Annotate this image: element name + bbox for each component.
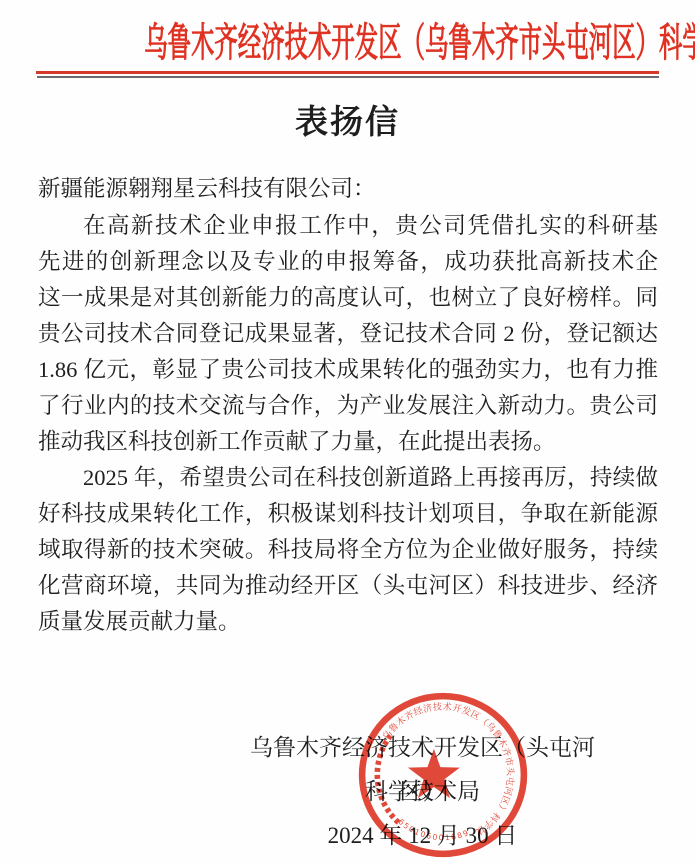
- body-line: 质量发展贡献力量。: [38, 604, 658, 640]
- body-line: 在高新技术企业申报工作中，贵公司凭借扎实的科研基础、: [38, 208, 658, 244]
- body-line: 贵公司技术合同登记成果显著，登记技术合同 2 份，登记额达: [38, 316, 658, 352]
- body-paragraph: 在高新技术企业申报工作中，贵公司凭借扎实的科研基础、先进的创新理念以及专业的申报…: [38, 208, 658, 460]
- letter-body: 新疆能源翱翔星云科技有限公司： 在高新技术企业申报工作中，贵公司凭借扎实的科研基…: [38, 170, 658, 640]
- letterhead-rule-red: [36, 71, 659, 74]
- letter-body-paragraphs: 在高新技术企业申报工作中，贵公司凭借扎实的科研基础、先进的创新理念以及专业的申报…: [38, 208, 658, 640]
- body-line: 好科技成果转化工作，积极谋划科技计划项目，争取在新能源领: [38, 496, 658, 532]
- body-line: 先进的创新理念以及专业的申报筹备，成功获批高新技术企业。: [38, 244, 658, 280]
- letter-title: 表扬信: [0, 96, 695, 143]
- seal-star-icon: [408, 749, 460, 798]
- body-line: 域取得新的技术突破。科技局将全方位为企业做好服务，持续优: [38, 532, 658, 568]
- body-line: 了行业内的技术交流与合作，为产业发展注入新动力。贵公司为: [38, 388, 658, 424]
- body-line: 这一成果是对其创新能力的高度认可，也树立了良好榜样。同时，: [38, 280, 658, 316]
- body-paragraph: 2025 年，希望贵公司在科技创新道路上再接再厉，持续做好科技成果转化工作，积极…: [38, 460, 658, 640]
- body-line: 化营商环境，共同为推动经开区（头屯河区）科技进步、经济高: [38, 568, 658, 604]
- letter-page: 乌鲁木齐经济技术开发区（乌鲁木齐市头屯河区）科学技术局 表扬信 新疆能源翱翔星云…: [0, 0, 695, 866]
- body-line: 1.86 亿元，彰显了贵公司技术成果转化的强劲实力，也有力推动: [38, 352, 658, 388]
- body-line: 推动我区科技创新工作贡献了力量，在此提出表扬。: [38, 424, 658, 460]
- seal-uyghur-script-band: [377, 736, 398, 823]
- seal-code: 650106001689: [397, 817, 471, 842]
- official-seal: 乌鲁木齐经济技术开发区（乌鲁木齐市头屯河区）科学技术局 650106001689: [354, 687, 532, 861]
- letterhead-rule-gray: [37, 76, 659, 78]
- letterhead-title: 乌鲁木齐经济技术开发区（乌鲁木齐市头屯河区）科学技术局: [144, 21, 551, 65]
- body-line: 2025 年，希望贵公司在科技创新道路上再接再厉，持续做: [38, 460, 658, 496]
- salutation: 新疆能源翱翔星云科技有限公司：: [38, 170, 658, 208]
